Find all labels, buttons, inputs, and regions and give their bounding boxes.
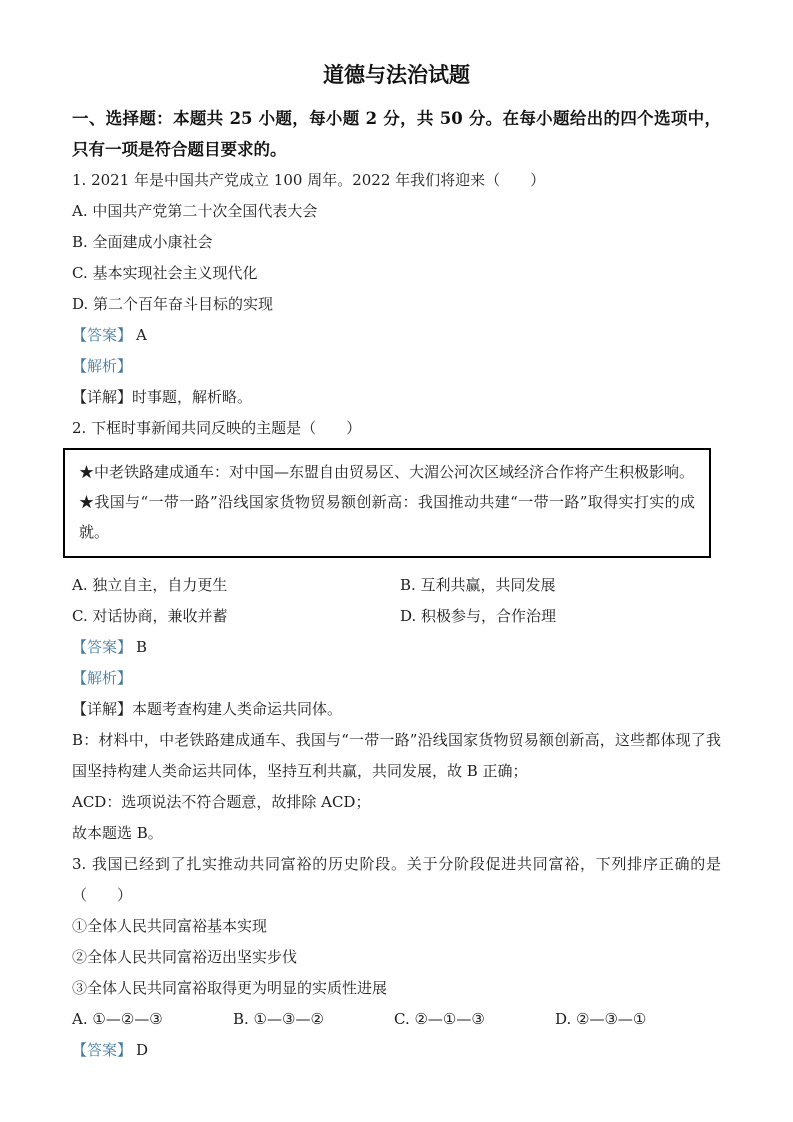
q2-option-a: A. 独立自主，自力更生 [72,570,400,601]
q1-stem: 1. 2021 年是中国共产党成立 100 周年。2022 年我们将迎来（ ） [72,165,721,196]
analysis-label: 【解析】 [72,357,132,375]
news-item-1: ★中老铁路建成通车：对中国—东盟自由贸易区、大湄公河次区域经济合作将产生积极影响… [79,457,695,487]
q1-answer-line: 【答案】A [72,320,721,351]
answer-label: 【答案】 [72,326,132,344]
news-item-2: ★我国与“一带一路”沿线国家货物贸易额创新高：我国推动共建“一带一路”取得实打实… [79,487,695,547]
detail-label: 【详解】 [72,700,132,718]
q2-stem: 2. 下框时事新闻共同反映的主题是（ ） [72,413,721,444]
q2-analysis-line: 【解析】 [72,663,721,694]
q3-option-row: A. ①—②—③ B. ①—③—② C. ②—①—③ D. ②—③—① [72,1004,721,1035]
q1-analysis-line: 【解析】 [72,351,721,382]
q3-stem: 3. 我国已经到了扎实推动共同富裕的历史阶段。关于分阶段促进共同富裕，下列排序正… [72,849,721,911]
q1-option-b: B. 全面建成小康社会 [72,227,721,258]
q1-answer-value: A [136,326,147,344]
q3-option-b: B. ①—③—② [233,1004,394,1035]
q2-option-b: B. 互利共赢，共同发展 [400,570,556,601]
question-2: 2. 下框时事新闻共同反映的主题是（ ） ★中老铁路建成通车：对中国—东盟自由贸… [72,413,721,849]
question-3: 3. 我国已经到了扎实推动共同富裕的历史阶段。关于分阶段促进共同富裕，下列排序正… [72,849,721,1066]
q2-option-row-2: C. 对话协商，兼收并蓄 D. 积极参与，合作治理 [72,601,721,632]
question-1: 1. 2021 年是中国共产党成立 100 周年。2022 年我们将迎来（ ） … [72,165,721,413]
q2-detail-para-b: B：材料中，中老铁路建成通车、我国与“一带一路”沿线国家货物贸易额创新高，这些都… [72,725,721,787]
q1-detail-text: 时事题，解析略。 [132,388,252,406]
exam-document-page: 道德与法治试题 一、选择题：本题共 25 小题，每小题 2 分，共 50 分。在… [0,0,793,1122]
q2-detail-para-acd: ACD：选项说法不符合题意，故排除 ACD； [72,787,721,818]
q3-option-c: C. ②—①—③ [394,1004,555,1035]
q1-option-c: C. 基本实现社会主义现代化 [72,258,721,289]
q2-detail-intro: 本题考查构建人类命运共同体。 [132,700,342,718]
q2-option-row-1: A. 独立自主，自力更生 B. 互利共赢，共同发展 [72,570,721,601]
q2-answer-line: 【答案】B [72,632,721,663]
q3-item-3: ③全体人民共同富裕取得更为明显的实质性进展 [72,973,721,1004]
page-title: 道德与法治试题 [72,60,721,90]
q2-detail-line: 【详解】本题考查构建人类命运共同体。 [72,694,721,725]
q2-option-c: C. 对话协商，兼收并蓄 [72,601,400,632]
q3-item-2: ②全体人民共同富裕迈出坚实步伐 [72,942,721,973]
q3-option-a: A. ①—②—③ [72,1004,233,1035]
analysis-label: 【解析】 [72,669,132,687]
q2-answer-value: B [136,638,147,656]
q1-detail-line: 【详解】时事题，解析略。 [72,382,721,413]
q3-option-d: D. ②—③—① [555,1004,646,1035]
q3-item-1: ①全体人民共同富裕基本实现 [72,911,721,942]
q2-option-d: D. 积极参与，合作治理 [400,601,556,632]
q1-option-d: D. 第二个百年奋斗目标的实现 [72,289,721,320]
q2-detail-conclusion: 故本题选 B。 [72,818,721,849]
detail-label: 【详解】 [72,388,132,406]
section-heading: 一、选择题：本题共 25 小题，每小题 2 分，共 50 分。在每小题给出的四个… [72,103,721,165]
answer-label: 【答案】 [72,1041,132,1059]
q1-option-a: A. 中国共产党第二十次全国代表大会 [72,196,721,227]
q3-answer-value: D [136,1041,148,1059]
news-box: ★中老铁路建成通车：对中国—东盟自由贸易区、大湄公河次区域经济合作将产生积极影响… [63,448,711,558]
answer-label: 【答案】 [72,638,132,656]
q3-answer-line: 【答案】D [72,1035,721,1066]
